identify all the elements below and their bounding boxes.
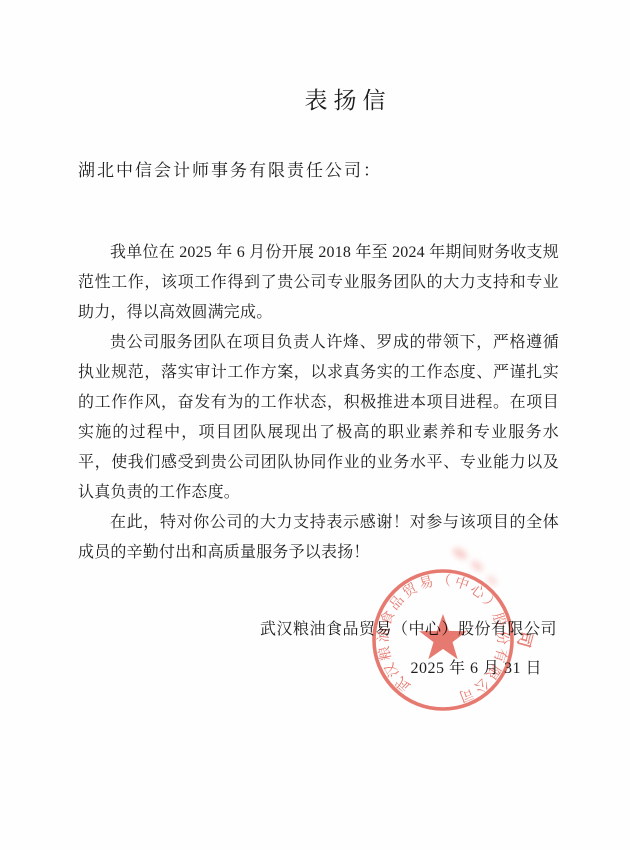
body-paragraph: 我单位在 2025 年 6 月份开展 2018 年至 2024 年期间财务收支规… [78, 238, 559, 328]
star-icon [419, 614, 467, 659]
recipient-line: 湖北中信会计师事务有限责任公司： [78, 156, 382, 181]
letter-title: 表扬信 [45, 82, 630, 115]
body-paragraph: 在此，特对你公司的大力支持表示感谢！对参与该项目的全体成员的辛勤付出和高质量服务… [78, 508, 559, 568]
letter-page: 表扬信 湖北中信会计师事务有限责任公司： 我单位在 2025 年 6 月份开展 … [0, 0, 630, 850]
letter-body: 我单位在 2025 年 6 月份开展 2018 年至 2024 年期间财务收支规… [78, 238, 559, 568]
body-paragraph: 贵公司服务团队在项目负责人许烽、罗成的带领下，严格遵循执业规范，落实审计工作方案… [78, 328, 559, 508]
company-seal-stamp: 武汉粮油食品贸易（中心）股份有限公司 [370, 567, 516, 713]
